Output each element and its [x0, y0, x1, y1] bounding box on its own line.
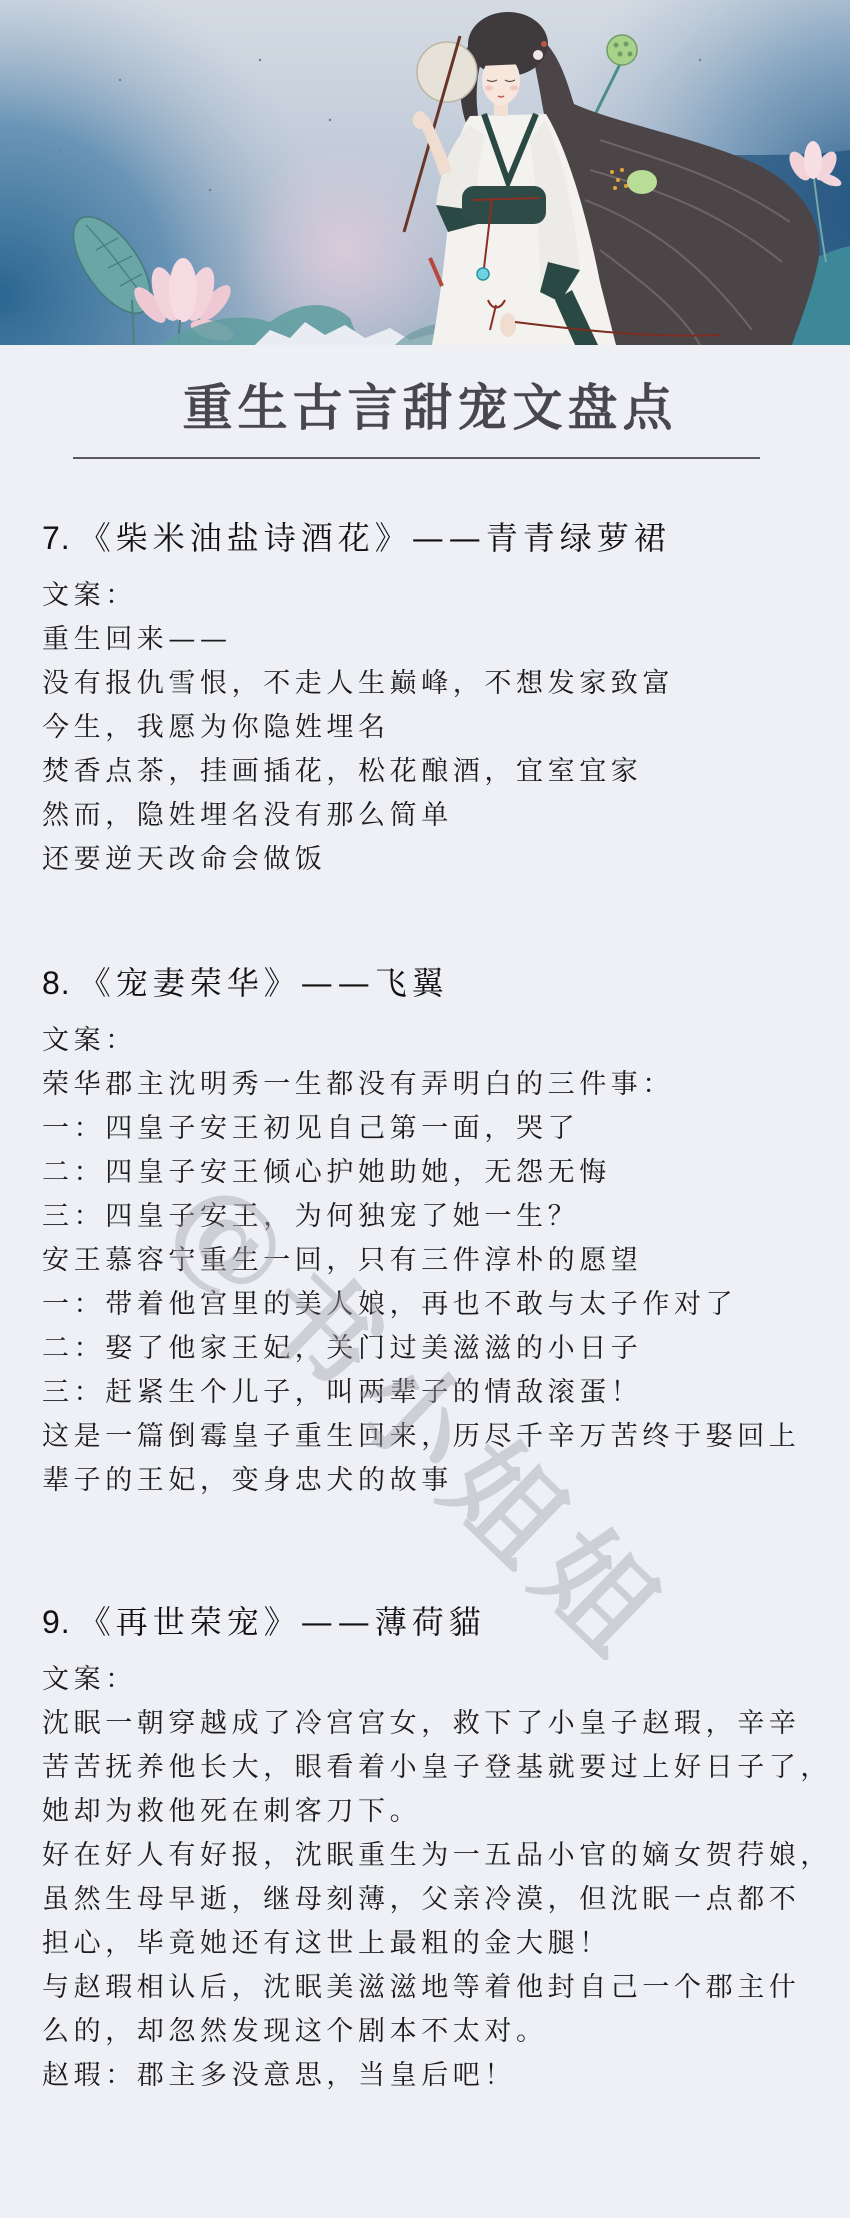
blurb-line: 苦苦抚养他长大，眼看着小皇子登基就要过上好日子了， — [42, 1746, 832, 1790]
book-number: 7. — [42, 520, 71, 556]
book-entry-8: 8.《宠妻荣华》——飞翼 文案： 荣华郡主沈明秀一生都没有弄明白的三件事： 一：… — [42, 961, 800, 1503]
blurb-line: 三：四皇子安王，为何独宠了她一生？ — [42, 1195, 800, 1239]
blurb-line: 她却为救他死在刺客刀下。 — [42, 1790, 832, 1834]
blurb-line: 虽然生母早逝，继母刻薄，父亲冷漠，但沈眠一点都不 — [42, 1878, 832, 1922]
book-title: 《柴米油盐诗酒花》 — [79, 519, 412, 557]
blurb-line: 荣华郡主沈明秀一生都没有弄明白的三件事： — [42, 1063, 800, 1107]
blurb-label: 文案： — [42, 1019, 800, 1063]
title-author-separator: —— — [301, 1603, 375, 1641]
blurb-label: 文案： — [42, 574, 674, 618]
book-entry-9: 9.《再世荣宠》——薄荷貓 文案： 沈眠一朝穿越成了冷宫宫女，救下了小皇子赵瑕，… — [42, 1600, 832, 2098]
article-page: 重生古言甜宠文盘点 7.《柴米油盐诗酒花》——青青绿萝裙 文案： 重生回来—— … — [0, 0, 850, 2218]
blurb-line: 还要逆天改命会做饭 — [42, 838, 674, 882]
blurb-line: 一：带着他宫里的美人娘，再也不敢与太子作对了 — [42, 1283, 800, 1327]
book-author: 薄荷貓 — [375, 1603, 486, 1641]
blurb-line: 三：赶紧生个儿子，叫两辈子的情敌滚蛋！ — [42, 1371, 800, 1415]
blurb-label: 文案： — [42, 1658, 832, 1702]
page-title: 重生古言甜宠文盘点 — [0, 378, 850, 438]
book-entry-7: 7.《柴米油盐诗酒花》——青青绿萝裙 文案： 重生回来—— 没有报仇雪恨，不走人… — [42, 516, 674, 882]
blurb-line: 没有报仇雪恨，不走人生巅峰，不想发家致富 — [42, 662, 674, 706]
book-blurb: 文案： 重生回来—— 没有报仇雪恨，不走人生巅峰，不想发家致富 今生，我愿为你隐… — [42, 574, 674, 882]
blurb-line: 辈子的王妃，变身忠犬的故事 — [42, 1459, 800, 1503]
blurb-line: 安王慕容宁重生一回，只有三件淳朴的愿望 — [42, 1239, 800, 1283]
blurb-line: 焚香点茶，挂画插花，松花酿酒，宜室宜家 — [42, 750, 674, 794]
book-author: 青青绿萝裙 — [486, 519, 671, 557]
blurb-line: 这是一篇倒霉皇子重生回来，历尽千辛万苦终于娶回上 — [42, 1415, 800, 1459]
book-heading: 7.《柴米油盐诗酒花》——青青绿萝裙 — [42, 516, 674, 560]
blurb-line: 二：四皇子安王倾心护她助她，无怨无悔 — [42, 1151, 800, 1195]
blurb-line: 担心，毕竟她还有这世上最粗的金大腿！ — [42, 1922, 832, 1966]
book-blurb: 文案： 荣华郡主沈明秀一生都没有弄明白的三件事： 一：四皇子安王初见自己第一面，… — [42, 1019, 800, 1503]
blurb-line: 今生，我愿为你隐姓埋名 — [42, 706, 674, 750]
blurb-line: 赵瑕：郡主多没意思，当皇后吧！ — [42, 2054, 832, 2098]
header-illustration — [0, 0, 850, 345]
title-author-separator: —— — [301, 964, 375, 1002]
book-blurb: 文案： 沈眠一朝穿越成了冷宫宫女，救下了小皇子赵瑕，辛辛 苦苦抚养他长大，眼看着… — [42, 1658, 832, 2098]
book-number: 8. — [42, 965, 71, 1001]
book-heading: 9.《再世荣宠》——薄荷貓 — [42, 1600, 832, 1644]
blurb-line: 一：四皇子安王初见自己第一面，哭了 — [42, 1107, 800, 1151]
book-author: 飞翼 — [375, 964, 449, 1002]
blurb-line: 然而，隐姓埋名没有那么简单 — [42, 794, 674, 838]
book-title: 《宠妻荣华》 — [79, 964, 301, 1002]
blurb-line: 与赵瑕相认后，沈眠美滋滋地等着他封自己一个郡主什 — [42, 1966, 832, 2010]
blurb-line: 重生回来—— — [42, 618, 674, 662]
book-number: 9. — [42, 1604, 71, 1640]
title-divider — [73, 457, 760, 459]
title-author-separator: —— — [412, 519, 486, 557]
book-title: 《再世荣宠》 — [79, 1603, 301, 1641]
blurb-line: 二：娶了他家王妃，关门过美滋滋的小日子 — [42, 1327, 800, 1371]
blurb-line: 么的，却忽然发现这个剧本不太对。 — [42, 2010, 832, 2054]
book-heading: 8.《宠妻荣华》——飞翼 — [42, 961, 800, 1005]
blurb-line: 沈眠一朝穿越成了冷宫宫女，救下了小皇子赵瑕，辛辛 — [42, 1702, 832, 1746]
blurb-line: 好在好人有好报，沈眠重生为一五品小官的嫡女贺荇娘， — [42, 1834, 832, 1878]
